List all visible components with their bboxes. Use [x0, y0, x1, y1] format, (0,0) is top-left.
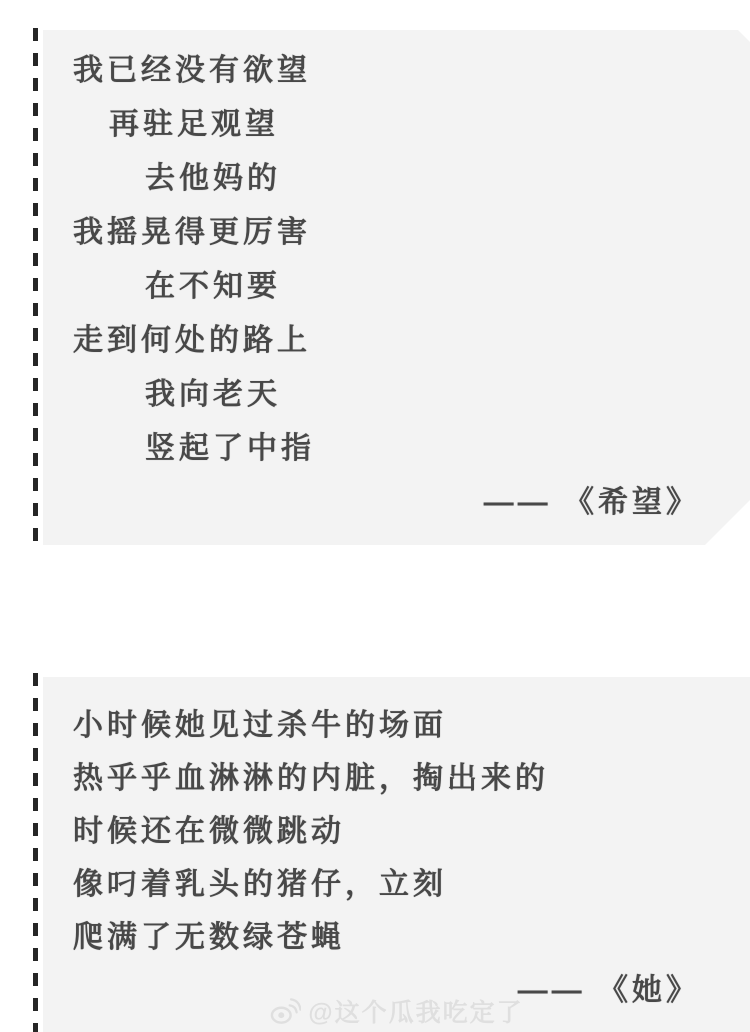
poem-body-hope: 我已经没有欲望再驻足观望去他妈的我摇晃得更厉害在不知要走到何处的路上我向老天竖起…	[43, 44, 750, 476]
poem-line: 像叼着乳头的猪仔，立刻	[43, 858, 750, 911]
poem-line: 热乎乎血淋淋的内脏，掏出来的	[43, 752, 750, 805]
watermark-handle: @这个瓜我吃定了	[308, 993, 523, 1029]
dashed-left-border-block1	[33, 28, 38, 548]
poem-panel-hope: 我已经没有欲望再驻足观望去他妈的我摇晃得更厉害在不知要走到何处的路上我向老天竖起…	[43, 30, 750, 545]
poem-line: 再驻足观望	[43, 98, 750, 152]
weibo-icon	[269, 997, 301, 1025]
poem-line: 我向老天	[43, 368, 750, 422]
poem-line: 时候还在微微跳动	[43, 805, 750, 858]
poem-line: 去他妈的	[43, 152, 750, 206]
poem-line: 我已经没有欲望	[43, 44, 750, 98]
poem-line: 我摇晃得更厉害	[43, 206, 750, 260]
poem-line: 竖起了中指	[43, 422, 750, 476]
poem-attribution-hope: —— 《希望》	[43, 476, 750, 530]
poem-line: 走到何处的路上	[43, 314, 750, 368]
poetry-image: 我已经没有欲望再驻足观望去他妈的我摇晃得更厉害在不知要走到何处的路上我向老天竖起…	[0, 0, 750, 1032]
poem-line: 爬满了无数绿苍蝇	[43, 911, 750, 964]
poem-panel-her: 小时候她见过杀牛的场面热乎乎血淋淋的内脏，掏出来的时候还在微微跳动像叼着乳头的猪…	[43, 677, 750, 1032]
dashed-left-border-block2	[33, 673, 38, 1032]
poem-line: 在不知要	[43, 260, 750, 314]
poem-line: 小时候她见过杀牛的场面	[43, 699, 750, 752]
watermark: @这个瓜我吃定了	[43, 993, 750, 1029]
poem-body-her: 小时候她见过杀牛的场面热乎乎血淋淋的内脏，掏出来的时候还在微微跳动像叼着乳头的猪…	[43, 699, 750, 964]
